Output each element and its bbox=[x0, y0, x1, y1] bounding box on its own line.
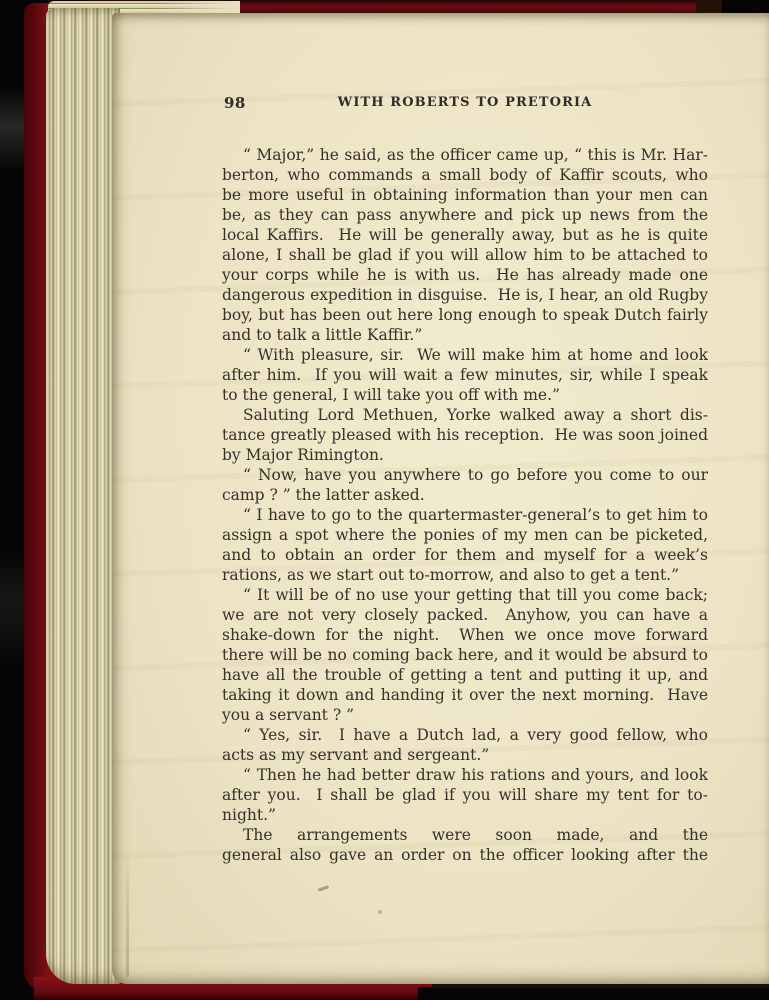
text-line: berton, who commands a small body of Kaf… bbox=[222, 165, 708, 185]
text-line: and to talk a little Kaffir.” bbox=[222, 325, 708, 345]
text-line: be more useful in obtaining information … bbox=[222, 185, 708, 205]
text-line: have all the trouble of getting a tent a… bbox=[222, 665, 708, 685]
text-line: there will be no coming back here, and i… bbox=[222, 645, 708, 665]
page-number: 98 bbox=[224, 92, 246, 114]
text-line: “ Then he had better draw his rations an… bbox=[222, 765, 708, 785]
book-page: 98 WITH ROBERTS TO PRETORIA “ Major,” he… bbox=[112, 13, 769, 984]
text-line: tance greatly pleased with his reception… bbox=[222, 425, 708, 445]
text-line: rations, as we start out to-morrow, and … bbox=[222, 565, 708, 585]
text-line: camp ? ” the latter asked. bbox=[222, 485, 708, 505]
background-bottom bbox=[418, 987, 769, 1000]
text-line: you a servant ? ” bbox=[222, 705, 708, 725]
text-line: your corps while he is with us. He has a… bbox=[222, 265, 708, 285]
text-line: “ Major,” he said, as the officer came u… bbox=[222, 145, 708, 165]
text-line: shake-down for the night. When we once m… bbox=[222, 625, 708, 645]
text-line: general also gave an order on the office… bbox=[222, 845, 708, 865]
text-line: The arrangements were soon made, and the… bbox=[222, 825, 708, 845]
text-line: we are not very closely packed. Anyhow, … bbox=[222, 605, 708, 625]
text-line: local Kaffirs. He will be generally away… bbox=[222, 225, 708, 245]
scan-speck bbox=[318, 885, 329, 891]
text-line: “ Now, have you anywhere to go before yo… bbox=[222, 465, 708, 485]
scan-speck bbox=[378, 910, 382, 914]
scanned-book-photo: 98 WITH ROBERTS TO PRETORIA “ Major,” he… bbox=[0, 0, 769, 1000]
page-header: 98 WITH ROBERTS TO PRETORIA bbox=[222, 92, 708, 114]
page-text: “ Major,” he said, as the officer came u… bbox=[222, 145, 708, 865]
text-line: dangerous expedition in disguise. He is,… bbox=[222, 285, 708, 305]
text-line: assign a spot where the ponies of my men… bbox=[222, 525, 708, 545]
text-line: Saluting Lord Methuen, Yorke walked away… bbox=[222, 405, 708, 425]
page-stack-fore-edge bbox=[46, 8, 120, 984]
running-title: WITH ROBERTS TO PRETORIA bbox=[222, 92, 708, 114]
text-line: be, as they can pass anywhere and pick u… bbox=[222, 205, 708, 225]
text-line: alone, I shall be glad if you will allow… bbox=[222, 245, 708, 265]
text-line: “ Yes, sir. I have a Dutch lad, a very g… bbox=[222, 725, 708, 745]
underpage-edge bbox=[126, 845, 129, 977]
text-line: to the general, I will take you off with… bbox=[222, 385, 708, 405]
text-line: “ With pleasure, sir. We will make him a… bbox=[222, 345, 708, 365]
text-line: and to obtain an order for them and myse… bbox=[222, 545, 708, 565]
text-line: acts as my servant and sergeant.” bbox=[222, 745, 708, 765]
text-line: by Major Rimington. bbox=[222, 445, 708, 465]
text-line: after him. If you will wait a few minute… bbox=[222, 365, 708, 385]
text-line: “ It will be of no use your getting that… bbox=[222, 585, 708, 605]
text-line: night.” bbox=[222, 805, 708, 825]
text-line: after you. I shall be glad if you will s… bbox=[222, 785, 708, 805]
text-line: boy, but has been out here long enough t… bbox=[222, 305, 708, 325]
text-line: taking it down and handing it over the n… bbox=[222, 685, 708, 705]
text-line: “ I have to go to the quartermaster-gene… bbox=[222, 505, 708, 525]
